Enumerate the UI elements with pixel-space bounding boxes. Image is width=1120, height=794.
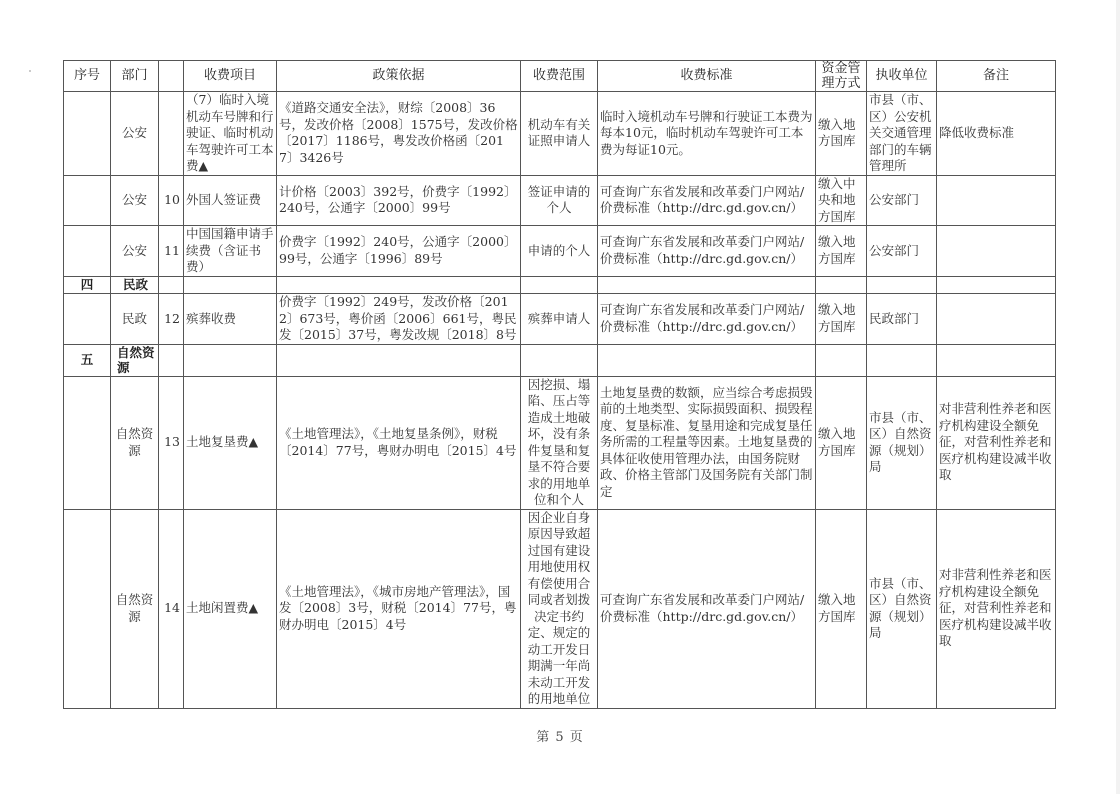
- fee-table: 序号 部门 收费项目 政策依据 收费范围 收费标准 资金管理方式 执收单位 备注…: [63, 60, 1056, 709]
- section-row-natural-resources: 五 自然资源: [64, 344, 1056, 376]
- cell-collector: 市县（市、区）自然资源（规划）局: [867, 509, 937, 708]
- header-dept: 部门: [111, 61, 159, 92]
- cell-num: 14: [159, 509, 184, 708]
- cell-item: 土地复垦费▲: [184, 376, 277, 509]
- cell-basis: 计价格〔2003〕392号，价费字〔1992〕240号，公通字〔2000〕99号: [277, 175, 521, 226]
- cell-remarks: 对非营利性养老和医疗机构建设全额免征，对营利性养老和医疗机构建设减半收取: [937, 376, 1056, 509]
- table-row: 自然资源 13 土地复垦费▲ 《土地管理法》，《土地复垦条例》，财税〔2014〕…: [64, 376, 1056, 509]
- cell-fund-mgmt: 缴入地方国库: [816, 509, 867, 708]
- cell-standard: 土地复垦费的数额，应当综合考虑损毁前的土地类型、实际损毁面积、损毁程度、复垦标准…: [598, 376, 816, 509]
- cell-standard: 可查询广东省发展和改革委门户网站/价费标准（http://drc.gd.gov.…: [598, 175, 816, 226]
- empty-cell: [598, 276, 816, 294]
- cell-scope: 申请的个人: [521, 226, 598, 277]
- header-seq: 序号: [64, 61, 111, 92]
- cell-scope: 因挖损、塌陷、压占等造成土地破坏，没有条件复垦和复垦不符合要求的用地单位和个人: [521, 376, 598, 509]
- empty-cell: [867, 276, 937, 294]
- cell-dept: 公安: [111, 92, 159, 176]
- cell-num: [159, 92, 184, 176]
- cell-fund-mgmt: 缴入地方国库: [816, 376, 867, 509]
- cell-item: 殡葬收费: [184, 294, 277, 345]
- section-seq: 五: [64, 344, 111, 376]
- cell-standard: 可查询广东省发展和改革委门户网站/价费标准（http://drc.gd.gov.…: [598, 509, 816, 708]
- table-header-row: 序号 部门 收费项目 政策依据 收费范围 收费标准 资金管理方式 执收单位 备注: [64, 61, 1056, 92]
- cell-seq: [64, 175, 111, 226]
- cell-standard: 可查询广东省发展和改革委门户网站/价费标准（http://drc.gd.gov.…: [598, 294, 816, 345]
- cell-collector: 市县（市、区）自然资源（规划）局: [867, 376, 937, 509]
- empty-cell: [277, 344, 521, 376]
- table-row: 公安 10 外国人签证费 计价格〔2003〕392号，价费字〔1992〕240号…: [64, 175, 1056, 226]
- cell-scope: 因企业自身原因导致超过国有建设用地使用权有偿使用合同或者划拨决定书约定、规定的动…: [521, 509, 598, 708]
- cell-collector: 公安部门: [867, 175, 937, 226]
- empty-cell: [184, 276, 277, 294]
- section-dept: 民政: [111, 276, 159, 294]
- empty-cell: [184, 344, 277, 376]
- cell-fund-mgmt: 缴入中央和地方国库: [816, 175, 867, 226]
- cell-num: 11: [159, 226, 184, 277]
- header-remarks: 备注: [937, 61, 1056, 92]
- cell-fund-mgmt: 缴入地方国库: [816, 294, 867, 345]
- empty-cell: [521, 276, 598, 294]
- cell-seq: [64, 92, 111, 176]
- header-basis: 政策依据: [277, 61, 521, 92]
- cell-basis: 价费字〔1992〕240号，公通字〔2000〕99号，公通字〔1996〕89号: [277, 226, 521, 277]
- header-collector: 执收单位: [867, 61, 937, 92]
- table-row: 公安 （7）临时入境机动车号牌和行驶证、临时机动车驾驶许可工本费▲ 《道路交通安…: [64, 92, 1056, 176]
- empty-cell: [937, 344, 1056, 376]
- cell-basis: 《道路交通安全法》，财综〔2008〕36号，发改价格〔2008〕1575号，发改…: [277, 92, 521, 176]
- cell-dept: 公安: [111, 226, 159, 277]
- cell-item: 中国国籍申请手续费（含证书费）: [184, 226, 277, 277]
- section-dept: 自然资源: [111, 344, 159, 376]
- document-page: 序号 部门 收费项目 政策依据 收费范围 收费标准 资金管理方式 执收单位 备注…: [0, 0, 1120, 794]
- cell-remarks: [937, 294, 1056, 345]
- cell-seq: [64, 376, 111, 509]
- cell-scope: 机动车有关证照申请人: [521, 92, 598, 176]
- cell-fund-mgmt: 缴入地方国库: [816, 226, 867, 277]
- cell-item: （7）临时入境机动车号牌和行驶证、临时机动车驾驶许可工本费▲: [184, 92, 277, 176]
- cell-remarks: 降低收费标准: [937, 92, 1056, 176]
- table-row: 民政 12 殡葬收费 价费字〔1992〕249号，发改价格〔2012〕673号，…: [64, 294, 1056, 345]
- cell-collector: 市县（市、区）公安机关交通管理部门的车辆管理所: [867, 92, 937, 176]
- table-row: 自然资源 14 土地闲置费▲ 《土地管理法》，《城市房地产管理法》，国发〔200…: [64, 509, 1056, 708]
- cell-seq: [64, 509, 111, 708]
- header-item: 收费项目: [184, 61, 277, 92]
- empty-cell: [159, 344, 184, 376]
- empty-cell: [937, 276, 1056, 294]
- cell-fund-mgmt: 缴入地方国库: [816, 92, 867, 176]
- header-scope: 收费范围: [521, 61, 598, 92]
- cell-dept: 自然资源: [111, 509, 159, 708]
- cell-scope: 殡葬申请人: [521, 294, 598, 345]
- empty-cell: [598, 344, 816, 376]
- cell-basis: 价费字〔1992〕249号，发改价格〔2012〕673号，粤价函〔2006〕66…: [277, 294, 521, 345]
- empty-cell: [867, 344, 937, 376]
- empty-cell: [816, 276, 867, 294]
- scan-speck: [29, 70, 31, 72]
- section-row-civil-affairs: 四 民政: [64, 276, 1056, 294]
- cell-remarks: [937, 226, 1056, 277]
- section-seq: 四: [64, 276, 111, 294]
- empty-cell: [816, 344, 867, 376]
- table-row: 公安 11 中国国籍申请手续费（含证书费） 价费字〔1992〕240号，公通字〔…: [64, 226, 1056, 277]
- cell-item: 外国人签证费: [184, 175, 277, 226]
- cell-dept: 自然资源: [111, 376, 159, 509]
- header-fund-mgmt: 资金管理方式: [816, 61, 867, 92]
- cell-standard: 临时入境机动车号牌和行驶证工本费为每本10元，临时机动车驾驶许可工本费为每证10…: [598, 92, 816, 176]
- cell-num: 12: [159, 294, 184, 345]
- cell-num: 13: [159, 376, 184, 509]
- empty-cell: [277, 276, 521, 294]
- cell-basis: 《土地管理法》，《城市房地产管理法》，国发〔2008〕3号，财税〔2014〕77…: [277, 509, 521, 708]
- empty-cell: [159, 276, 184, 294]
- cell-seq: [64, 226, 111, 277]
- header-num: [159, 61, 184, 92]
- cell-remarks: 对非营利性养老和医疗机构建设全额免征，对营利性养老和医疗机构建设减半收取: [937, 509, 1056, 708]
- cell-collector: 民政部门: [867, 294, 937, 345]
- cell-standard: 可查询广东省发展和改革委门户网站/价费标准（http://drc.gd.gov.…: [598, 226, 816, 277]
- cell-item: 土地闲置费▲: [184, 509, 277, 708]
- cell-collector: 公安部门: [867, 226, 937, 277]
- cell-basis: 《土地管理法》，《土地复垦条例》，财税〔2014〕77号，粤财办明电〔2015〕…: [277, 376, 521, 509]
- cell-dept: 公安: [111, 175, 159, 226]
- empty-cell: [521, 344, 598, 376]
- cell-seq: [64, 294, 111, 345]
- header-standard: 收费标准: [598, 61, 816, 92]
- page-number: 第 5 页: [0, 726, 1120, 745]
- cell-remarks: [937, 175, 1056, 226]
- cell-num: 10: [159, 175, 184, 226]
- scan-edge: [1116, 0, 1120, 794]
- cell-dept: 民政: [111, 294, 159, 345]
- cell-scope: 签证申请的个人: [521, 175, 598, 226]
